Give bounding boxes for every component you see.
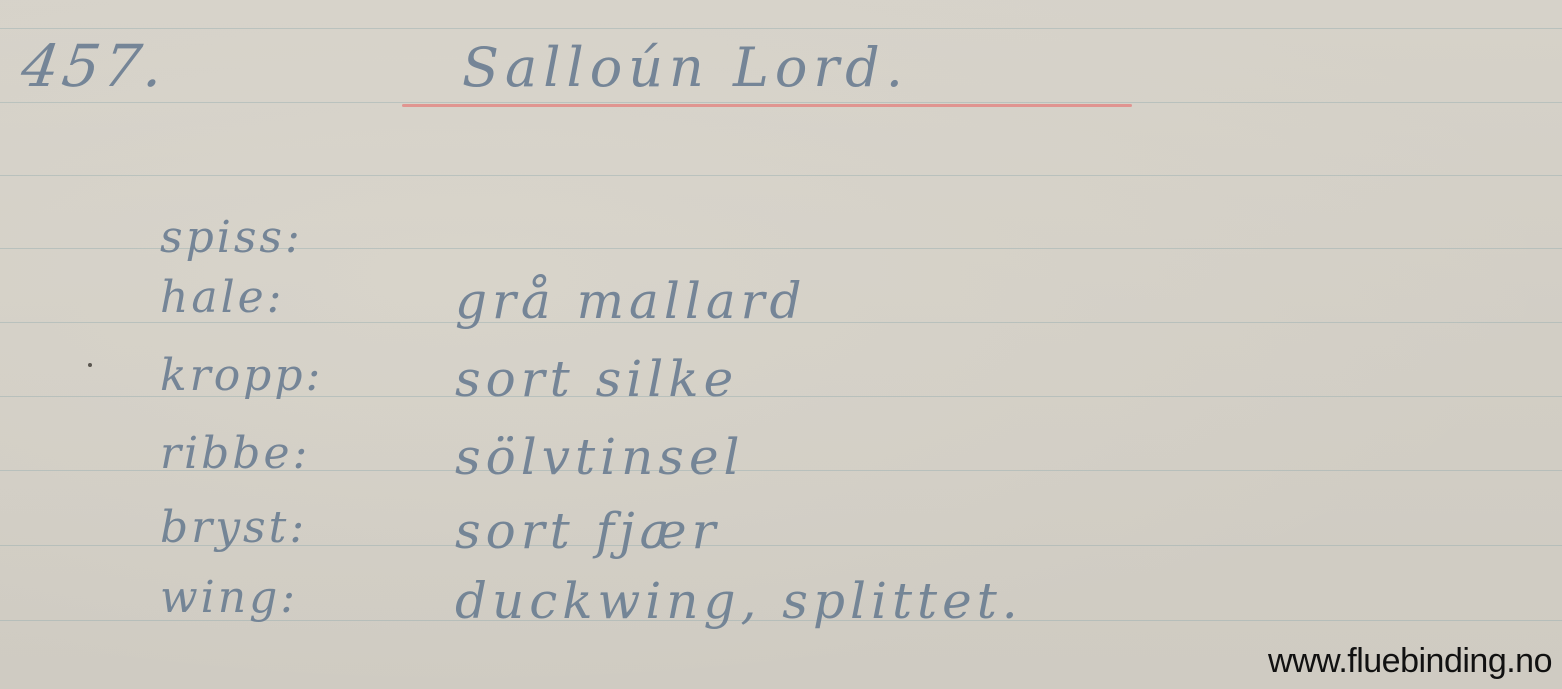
- recipe-title: Salloún Lord.: [462, 36, 909, 99]
- ruled-line: [0, 28, 1562, 29]
- entry-number: 457.: [17, 32, 172, 100]
- notebook-page: 457. Salloún Lord. spiss: hale: grå mall…: [0, 0, 1562, 689]
- field-value-ribbe: sölvtinsel: [455, 428, 745, 486]
- field-label-ribbe: ribbe:: [160, 428, 310, 479]
- field-label-kropp: kropp:: [160, 350, 323, 401]
- ruled-line: [0, 102, 1562, 103]
- field-label-bryst: bryst:: [160, 502, 307, 553]
- field-value-kropp: sort silke: [455, 350, 738, 408]
- title-underline: [402, 104, 1132, 107]
- field-value-bryst: sort fjær: [455, 502, 721, 560]
- ruled-line: [0, 175, 1562, 176]
- field-label-wing: wing:: [160, 572, 298, 623]
- field-label-spiss: spiss:: [160, 212, 303, 263]
- field-value-wing: duckwing, splittet.: [455, 572, 1023, 630]
- field-value-hale: grå mallard: [455, 272, 807, 330]
- paper-speck: [88, 363, 92, 367]
- field-label-hale: hale:: [160, 272, 285, 323]
- watermark-url: www.fluebinding.no: [1268, 642, 1552, 681]
